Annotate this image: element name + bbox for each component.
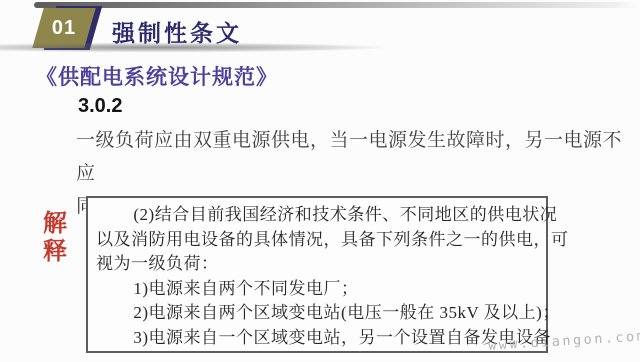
presentation-slide: 01 强制性条文 《供配电系统设计规范》 3.0.2 一级负荷应由双重电源供电，… — [0, 0, 640, 362]
explanation-line: (2)结合目前我国经济和技术条件、不同地区的供电状况 — [96, 203, 538, 228]
clause-text-line: 一级负荷应由双重电源供电，当一电源发生故障时，另一电源不应 — [76, 124, 624, 190]
explanation-box: (2)结合目前我国经济和技术条件、不同地区的供电状况 以及消防用电设备的具体情况… — [86, 196, 548, 353]
standard-title: 《供配电系统设计规范》 — [36, 61, 278, 91]
header-shadow — [0, 41, 560, 54]
explanation-line: 1)电源来自两个不同发电厂； — [96, 277, 538, 302]
explanation-line: 3)电源来自一个区域变电站，另一个设置自备发电设备 — [96, 326, 538, 351]
section-number: 01 — [52, 17, 76, 40]
explanation-line: 以及消防用电设备的具体情况，具备下列条件之一的供电，可 — [96, 228, 538, 253]
explanation-line: 2)电源来自两个区域变电站(电压一般在 35kV 及以上)； — [96, 301, 538, 326]
explanation-line: 视为一级负荷： — [96, 252, 538, 277]
clause-number: 3.0.2 — [78, 95, 122, 118]
top-gradient-bar — [34, 2, 638, 8]
explanation-label: 解释 — [40, 210, 70, 266]
